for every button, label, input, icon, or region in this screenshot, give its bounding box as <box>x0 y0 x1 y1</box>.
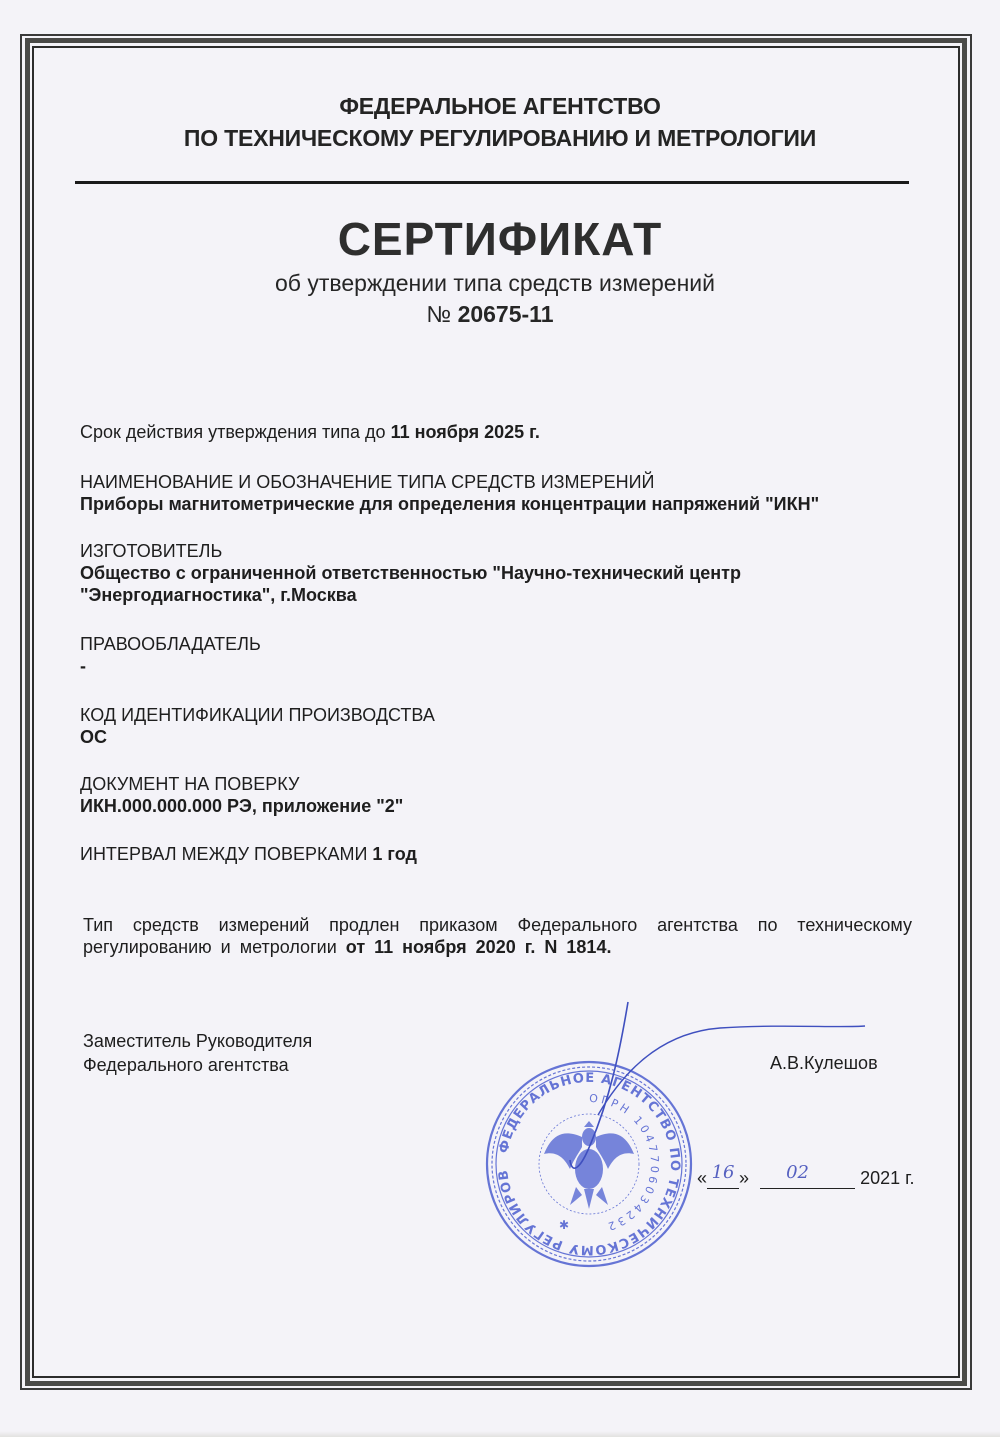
field-value-line-2: "Энергодиагностика", г.Москва <box>80 584 912 606</box>
field-label: НАИМЕНОВАНИЕ И ОБОЗНАЧЕНИЕ ТИПА СРЕДСТВ … <box>80 471 912 493</box>
date-month: 02 <box>786 1162 809 1183</box>
field-type-name: НАИМЕНОВАНИЕ И ОБОЗНАЧЕНИЕ ТИПА СРЕДСТВ … <box>80 471 912 515</box>
signatory-name: А.В.Кулешов <box>770 1053 878 1074</box>
eagle-emblem-icon <box>544 1121 634 1209</box>
issue-date: «16» 02 2021 г. <box>697 1168 914 1189</box>
date-open-quote: « <box>697 1168 707 1188</box>
certificate-title: СЕРТИФИКАТ <box>0 212 1000 266</box>
interval-line: ИНТЕРВАЛ МЕЖДУ ПОВЕРКАМИ 1 год <box>80 843 912 865</box>
validity-label: Срок действия утверждения типа до <box>80 422 386 442</box>
field-value: - <box>80 655 912 677</box>
date-close-quote: » <box>739 1168 749 1188</box>
date-day-blank: 16 <box>707 1168 739 1189</box>
field-value: ОС <box>80 726 912 748</box>
field-value: Общество с ограниченной ответственностью… <box>80 562 912 584</box>
field-rights-holder: ПРАВООБЛАДАТЕЛЬ - <box>80 633 912 677</box>
certificate-subtitle: об утверждении типа средств измерений <box>0 270 990 297</box>
extension-order: Тип средств измерений продлен приказом Ф… <box>83 914 912 958</box>
stamp-star-icon: ✱ <box>559 1218 569 1232</box>
field-production-code: КОД ИДЕНТИФИКАЦИИ ПРОИЗВОДСТВА ОС <box>80 704 912 748</box>
field-label: ПРАВООБЛАДАТЕЛЬ <box>80 633 912 655</box>
number-value: 20675-11 <box>458 301 554 327</box>
signatory-position: Заместитель Руководителя Федерального аг… <box>83 1029 312 1077</box>
field-value: ИКН.000.000.000 РЭ, приложение "2" <box>80 795 912 817</box>
field-verification-document: ДОКУМЕНТ НА ПОВЕРКУ ИКН.000.000.000 РЭ, … <box>80 773 912 817</box>
position-line-2: Федерального агентства <box>83 1053 312 1077</box>
field-label: КОД ИДЕНТИФИКАЦИИ ПРОИЗВОДСТВА <box>80 704 912 726</box>
official-seal-stamp: ФЕДЕРАЛЬНОЕ АГЕНТСТВО ПО ТЕХНИЧЕСКОМУ РЕ… <box>484 1059 694 1269</box>
field-label: ДОКУМЕНТ НА ПОВЕРКУ <box>80 773 912 795</box>
date-month-blank: 02 <box>760 1168 855 1189</box>
certificate-number: № 20675-11 <box>0 301 980 328</box>
number-prefix: № <box>426 301 451 327</box>
interval-value: 1 год <box>372 844 416 864</box>
page-edge-shadow <box>0 1431 1000 1437</box>
validity-value: 11 ноября 2025 г. <box>391 422 540 442</box>
interval-label: ИНТЕРВАЛ МЕЖДУ ПОВЕРКАМИ <box>80 844 367 864</box>
agency-line-1: ФЕДЕРАЛЬНОЕ АГЕНТСТВО <box>0 90 1000 122</box>
field-value: Приборы магнитометрические для определен… <box>80 493 912 515</box>
field-manufacturer: ИЗГОТОВИТЕЛЬ Общество с ограниченной отв… <box>80 540 912 606</box>
date-day: 16 <box>712 1162 735 1183</box>
date-year: 2021 г. <box>860 1168 914 1188</box>
position-line-1: Заместитель Руководителя <box>83 1029 312 1053</box>
header-divider <box>75 181 909 184</box>
order-reference: от 11 ноября 2020 г. N 1814. <box>346 937 612 957</box>
field-label: ИЗГОТОВИТЕЛЬ <box>80 540 912 562</box>
agency-header: ФЕДЕРАЛЬНОЕ АГЕНТСТВО ПО ТЕХНИЧЕСКОМУ РЕ… <box>0 90 1000 154</box>
agency-line-2: ПО ТЕХНИЧЕСКОМУ РЕГУЛИРОВАНИЮ И МЕТРОЛОГ… <box>0 122 1000 154</box>
validity-line: Срок действия утверждения типа до 11 ноя… <box>80 421 912 443</box>
